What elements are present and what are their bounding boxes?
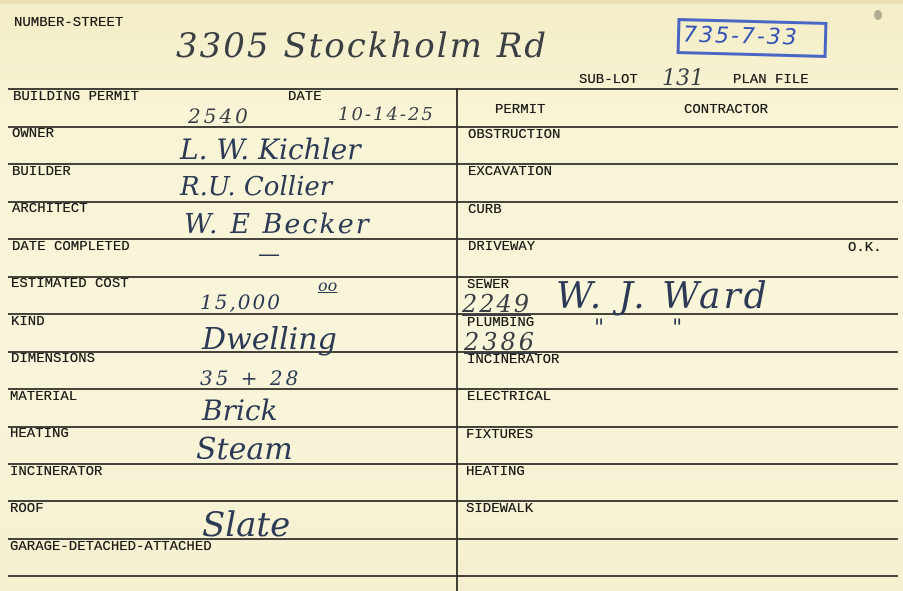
architect-value: W. E Becker [184, 209, 371, 240]
estimated-cost-cents: oo [318, 276, 337, 295]
date-completed-label: DATE COMPLETED [12, 239, 130, 255]
excavation-label: EXCAVATION [468, 164, 552, 180]
sewer-permit-value: 2249 [462, 290, 531, 318]
rule [8, 500, 898, 502]
sidewalk-label: SIDEWALK [466, 501, 533, 517]
rule [8, 463, 898, 465]
rule [8, 575, 898, 577]
electrical-label: ELECTRICAL [467, 389, 551, 405]
rule [8, 163, 898, 165]
builder-value: R.U. Collier [180, 172, 332, 202]
smudge-mark [874, 10, 882, 20]
rule [8, 388, 898, 390]
date-label: DATE [288, 89, 322, 105]
rule [8, 351, 898, 353]
rule [8, 238, 898, 240]
kind-value: Dwelling [202, 322, 337, 357]
dimensions-value: 35 + 28 [200, 366, 301, 390]
heating-value: Steam [196, 432, 293, 467]
card-top-edge [0, 0, 903, 4]
rule [8, 88, 898, 90]
building-permit-label: BUILDING PERMIT [13, 89, 139, 105]
permit-column-header: PERMIT [495, 102, 545, 118]
driveway-note: O.K. [848, 240, 882, 256]
architect-label: ARCHITECT [12, 201, 88, 217]
sub-lot-label: SUB-LOT [579, 72, 638, 88]
plan-file-label: PLAN FILE [733, 72, 809, 88]
date-value: 10-14-25 [338, 104, 435, 125]
roof-value: Slate [202, 505, 290, 545]
permit-index-card: NUMBER-STREET 3305 Stockholm Rd 735-7-33… [0, 0, 903, 591]
dimensions-label: DIMENSIONS [11, 351, 95, 367]
heating-permit-label: HEATING [466, 464, 525, 480]
column-divider [456, 88, 458, 591]
garage-label: GARAGE-DETACHED-ATTACHED [10, 539, 212, 555]
rule [8, 426, 898, 428]
builder-label: BUILDER [12, 164, 71, 180]
number-street-label: NUMBER-STREET [14, 15, 123, 31]
material-label: MATERIAL [10, 389, 77, 405]
estimated-cost-value: 15,000 [200, 290, 282, 314]
building-permit-value: 2540 [188, 104, 251, 128]
curb-label: CURB [468, 202, 502, 218]
rule [8, 126, 898, 128]
owner-label: OWNER [12, 126, 54, 142]
sewer-contractor-value: W. J. Ward [556, 276, 770, 317]
obstruction-label: OBSTRUCTION [468, 127, 560, 143]
owner-value: L. W. Kichler [180, 133, 361, 166]
roof-label: ROOF [10, 501, 44, 517]
contractor-column-header: CONTRACTOR [684, 102, 768, 118]
estimated-cost-label: ESTIMATED COST [11, 276, 129, 292]
material-value: Brick [202, 394, 278, 427]
incinerator-permit-label: INCINERATOR [467, 352, 559, 368]
address-value: 3305 Stockholm Rd [176, 26, 548, 66]
rule [8, 201, 898, 203]
plumbing-contractor-value: " " [594, 316, 690, 341]
incinerator-label: INCINERATOR [10, 464, 102, 480]
driveway-label: DRIVEWAY [468, 239, 535, 255]
stamp-number: 735-7-33 [683, 22, 799, 50]
heating-label: HEATING [10, 426, 69, 442]
kind-label: KIND [11, 314, 45, 330]
date-completed-value: — [258, 242, 280, 267]
fixtures-label: FIXTURES [466, 427, 533, 443]
